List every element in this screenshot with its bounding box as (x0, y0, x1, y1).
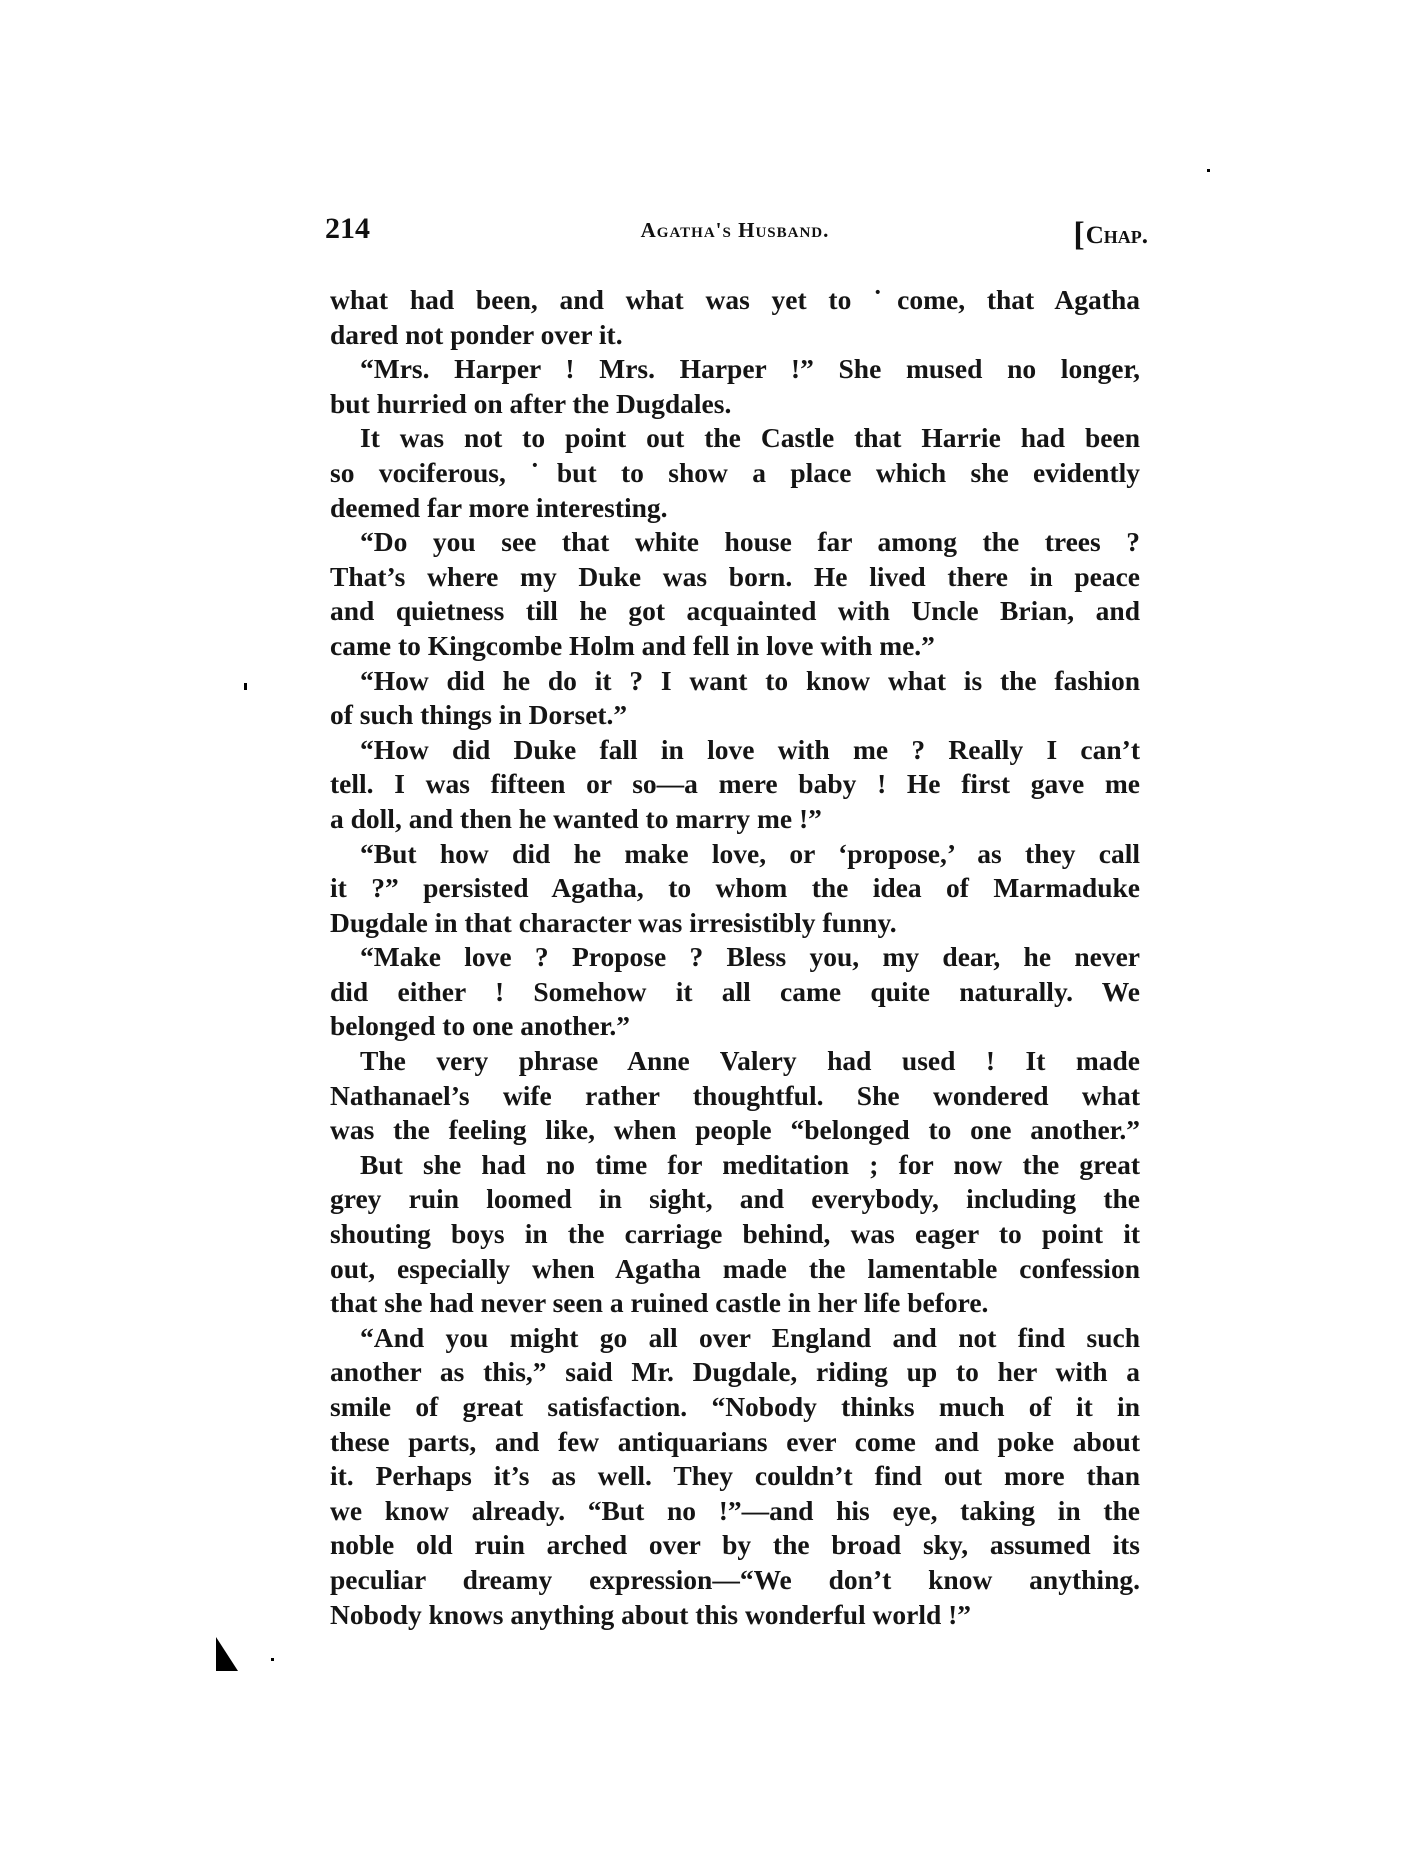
text-line: a doll, and then he wanted to marry me !… (330, 802, 1140, 837)
text-line: “Do you see that white house far among t… (330, 525, 1140, 560)
text-line: tell. I was fifteen or so—a mere baby ! … (330, 767, 1140, 802)
chapter-bracket: [ (1073, 216, 1084, 253)
chapter-label: Chap. (1086, 222, 1148, 249)
text-line: another as this,” said Mr. Dugdale, ridi… (330, 1355, 1140, 1390)
text-line: smile of great satisfaction. “Nobody thi… (330, 1390, 1140, 1425)
text-line: “How did Duke fall in love with me ? Rea… (330, 733, 1140, 768)
text-line: shouting boys in the carriage behind, wa… (330, 1217, 1140, 1252)
chapter-marker: [Chap. (1073, 214, 1148, 252)
body-text: what had been, and what was yet to ˙come… (330, 283, 1140, 1632)
text-line: deemed far more interesting. (330, 491, 1140, 526)
text-line: “How did he do it ? I want to know what … (330, 664, 1140, 699)
text-line: Dugdale in that character was irresistib… (330, 906, 1140, 941)
text-line: It was not to point out the Castle that … (330, 421, 1140, 456)
text-line: came to Kingcombe Holm and fell in love … (330, 629, 1140, 664)
text-line: we know already. “But no !”—and his eye,… (330, 1494, 1140, 1529)
text-line: grey ruin loomed in sight, and everybody… (330, 1182, 1140, 1217)
text-line: “Make love ? Propose ? Bless you, my dea… (330, 940, 1140, 975)
text-line: That’s where my Duke was born. He lived … (330, 560, 1140, 595)
text-line: belonged to one another.” (330, 1009, 1140, 1044)
stray-scan-dot (1207, 169, 1210, 172)
running-head: 214 Agatha's Husband. [Chap. (330, 212, 1140, 248)
text-line: these parts, and few antiquarians ever c… (330, 1425, 1140, 1460)
text-line: “And you might go all over England and n… (330, 1321, 1140, 1356)
text-line: peculiar dreamy expression—“We don’t kno… (330, 1563, 1140, 1598)
text-line: and quietness till he got acquainted wit… (330, 594, 1140, 629)
text-line: dared not ponder over it. (330, 318, 1140, 353)
scan-corner-triangle-icon (216, 1637, 238, 1671)
text-line: did either ! Somehow it all came quite n… (330, 975, 1140, 1010)
text-line: it ?” persisted Agatha, to whom the idea… (330, 871, 1140, 906)
text-line: it. Perhaps it’s as well. They couldn’t … (330, 1459, 1140, 1494)
text-line: Nobody knows anything about this wonderf… (330, 1598, 1140, 1633)
text-line: out, especially when Agatha made the lam… (330, 1252, 1140, 1287)
text-line: that she had never seen a ruined castle … (330, 1286, 1140, 1321)
text-line: “But how did he make love, or ‘propose,’… (330, 837, 1140, 872)
text-line: but hurried on after the Dugdales. (330, 387, 1140, 422)
text-line: of such things in Dorset.” (330, 698, 1140, 733)
text-line: Nathanael’s wife rather thoughtful. She … (330, 1079, 1140, 1114)
text-line: so vociferous, ˙but to show a place whic… (330, 456, 1140, 491)
text-line: The very phrase Anne Valery had used ! I… (330, 1044, 1140, 1079)
margin-tick-mark (244, 683, 247, 690)
text-line: But she had no time for meditation ; for… (330, 1148, 1140, 1183)
text-line: noble old ruin arched over by the broad … (330, 1528, 1140, 1563)
text-line: was the feeling like, when people “belon… (330, 1113, 1140, 1148)
text-line: what had been, and what was yet to ˙come… (330, 283, 1140, 318)
stray-scan-dot-bottom (271, 1658, 274, 1661)
text-line: “Mrs. Harper ! Mrs. Harper !” She mused … (330, 352, 1140, 387)
book-title: Agatha's Husband. (330, 218, 1140, 243)
